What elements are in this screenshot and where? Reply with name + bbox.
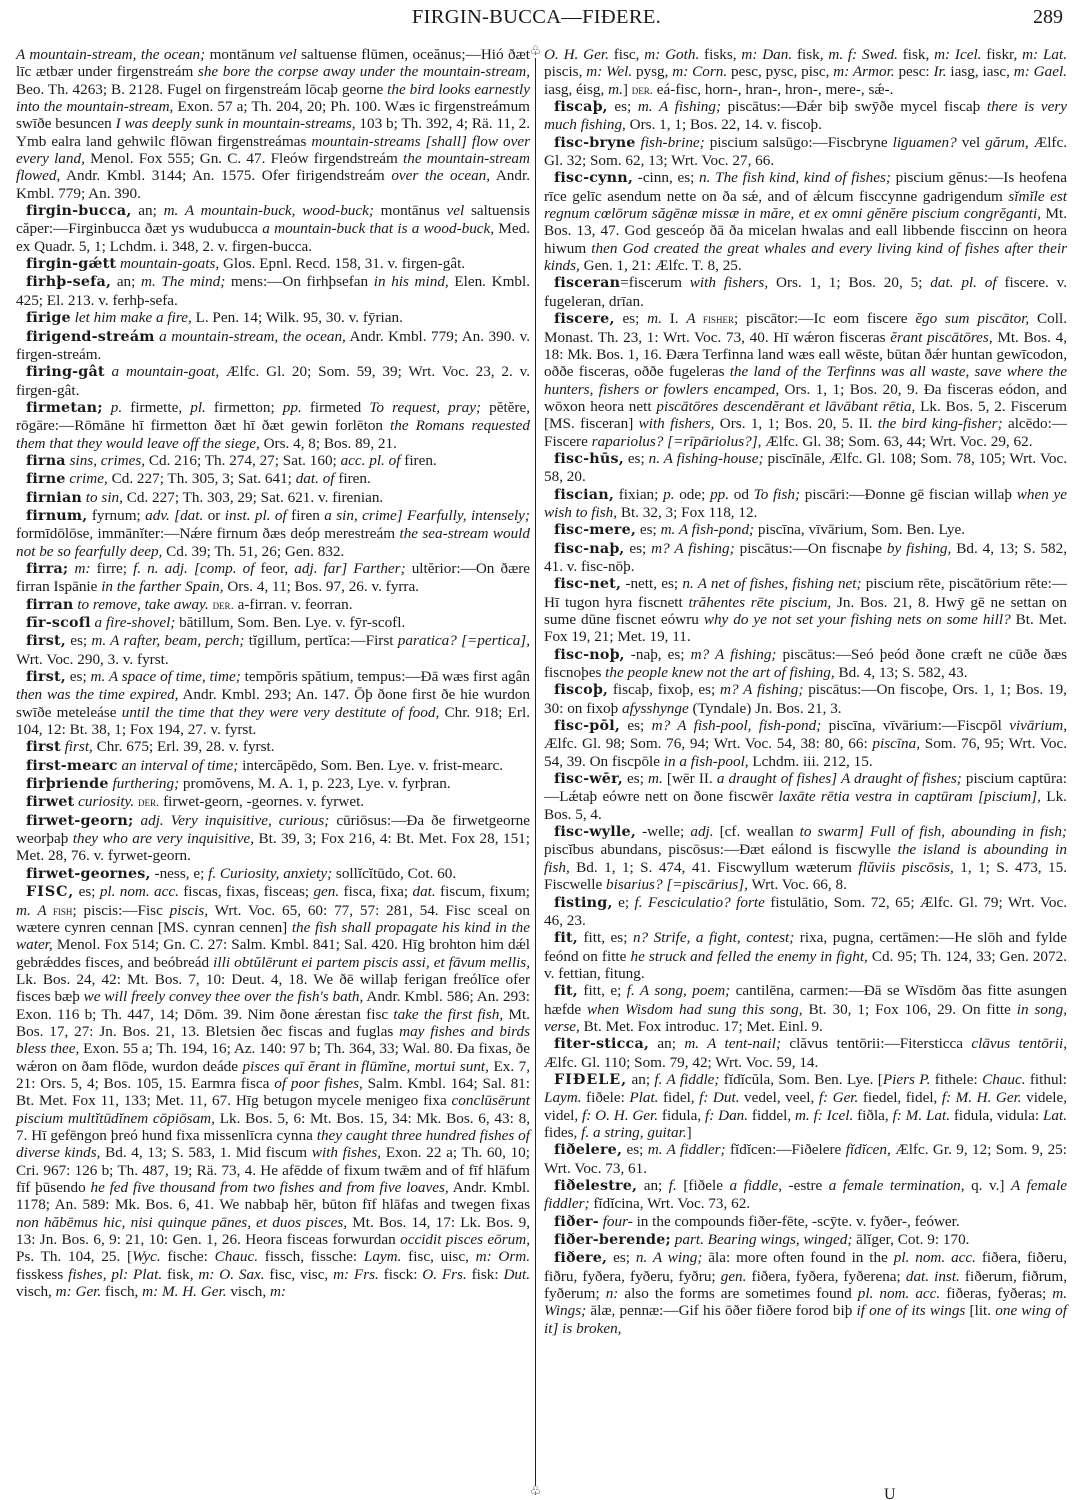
dictionary-entry: firwet curiosity. der. firwet-georn, -ge…	[16, 793, 530, 811]
entry-text: L. Pen. 14; Wilk. 95, 30. v. fȳrian.	[192, 309, 403, 326]
dictionary-entry: fiscoþ, fiscaþ, fixoþ, es; m? A fishing;…	[544, 681, 1067, 717]
entry-text: Cd. 227; Th. 303, 29; Sat. 621. v. firen…	[123, 489, 383, 506]
italic-gloss: f. A song, poem;	[627, 982, 731, 999]
italic-gloss: pl. nom. acc.	[858, 1285, 940, 1302]
italic-gloss: m: O. Sax.	[198, 1266, 264, 1283]
entry-text: -welle;	[636, 823, 690, 840]
dictionary-entry: firing-gât a mountain-goat, Ælfc. Gl. 20…	[16, 363, 530, 399]
italic-gloss: m. A	[16, 902, 47, 919]
entry-text: tempŏris spătium, tempus:—Ðā wæs first a…	[241, 668, 530, 685]
entry-text: fĭdĭcen:—Fiðelere	[726, 1141, 846, 1158]
entry-text: a-firran. v. feorran.	[234, 596, 353, 613]
entry-text: fiscaþ, fixoþ, es;	[608, 681, 720, 698]
italic-gloss: to swarm] Full of fish, abounding in fis…	[800, 823, 1067, 840]
dictionary-entry: fīrige let him make a fire, L. Pen. 14; …	[16, 309, 530, 327]
entry-text: [wēr II.	[663, 770, 717, 787]
italic-gloss: a female termination,	[829, 1177, 965, 1194]
italic-gloss: acc. pl. of	[341, 452, 401, 469]
italic-gloss: m. f: Swed.	[828, 46, 898, 63]
italic-gloss: n:	[606, 1285, 619, 1302]
italic-gloss: inst. pl. of	[225, 507, 287, 524]
headword: firwet-geornes,	[26, 866, 151, 882]
dictionary-entry: first, es; m. A rafter, beam, perch; tĭg…	[16, 632, 530, 668]
entry-text: fidula, vidula:	[950, 1107, 1043, 1124]
italic-gloss: Piers P.	[883, 1071, 931, 1088]
entry-text: fixian;	[614, 486, 663, 503]
entry-text: fiscum, fixum;	[436, 883, 530, 900]
entry-text: fisk,	[162, 1266, 198, 1283]
italic-gloss: liguamen?	[893, 134, 957, 151]
italic-gloss: ĕgo sum piscātor,	[915, 310, 1029, 327]
dictionary-entry: FISC, es; pl. nom. acc. fiscas, fixas, f…	[16, 883, 530, 1300]
entry-text: pysg,	[632, 63, 672, 80]
entry-text: fiðla,	[853, 1107, 892, 1124]
headword: first,	[26, 633, 66, 649]
entry-text: ; piscātor:—Ic eom fiscere	[734, 310, 915, 327]
headword: fiðer-	[554, 1214, 599, 1230]
italic-gloss: f: Ger.	[819, 1089, 859, 1106]
entry-text: es;	[624, 450, 649, 467]
entry-text: also the forms are sometimes found	[618, 1285, 857, 1302]
entry-text: Bd. 1, 1; S. 474, 41. Fiscwyllum wæterum	[570, 859, 859, 876]
italic-gloss: to sin,	[86, 489, 123, 506]
italic-gloss: n. A net of fishes, fishing net;	[682, 575, 861, 592]
headword: fisc-wylle,	[554, 824, 636, 840]
entry-continuation: O. H. Ger. fisc, m: Goth. fisks, m: Dan.…	[544, 46, 1067, 98]
entry-text: formīdōlōse, immānĭter:—Nǽre firnum ðæs …	[16, 525, 399, 542]
dictionary-entry: fiter-sticca, an; m. A tent-nail; clăvus…	[544, 1035, 1067, 1071]
italic-gloss: then was the time expired,	[16, 686, 178, 703]
entry-text: Cd. 227; Th. 305, 3; Sat. 641;	[108, 470, 296, 487]
italic-gloss: m? A fishing;	[720, 681, 803, 698]
italic-gloss: he fed five thousand from two fishes and…	[90, 1179, 448, 1196]
headword: first	[26, 739, 61, 755]
headword: fisc-noþ,	[554, 647, 625, 663]
italic-gloss: curiosity.	[78, 793, 134, 810]
italic-gloss: A mountain-stream, the ocean;	[16, 46, 205, 63]
italic-gloss: f. Curiosity, anxiety;	[208, 865, 332, 882]
entry-text: vel	[957, 134, 986, 151]
italic-gloss: n. A wing;	[636, 1249, 703, 1266]
italic-gloss: with fishers,	[690, 274, 768, 291]
entry-text: q. v.]	[965, 1177, 1011, 1194]
entry-text: fissch, fissche:	[258, 1248, 364, 1265]
italic-gloss: with fishers,	[639, 415, 715, 432]
headword: firgin-gǽtt	[26, 256, 116, 272]
entry-text: Cd. 39; Th. 51, 26; Gen. 832.	[162, 543, 344, 560]
entry-text	[105, 363, 112, 380]
italic-gloss: f.	[669, 1177, 677, 1194]
italic-gloss: m. A space of time, time;	[91, 668, 241, 685]
italic-gloss: in the farther Spain,	[101, 578, 223, 595]
italic-gloss: if one of its wings	[857, 1302, 966, 1319]
entry-text: Wrt. Voc. 290, 3. v. fyrst.	[16, 651, 169, 668]
small-caps-label: fisher	[696, 311, 734, 326]
dictionary-entry: fiðelestre, an; f. [fiðele a fiddle, -es…	[544, 1177, 1067, 1213]
entry-text: firen.	[400, 452, 436, 469]
entry-text: fisk:	[467, 1266, 504, 1283]
headword: fiðelere,	[554, 1142, 622, 1158]
entry-text: Bt. Met. Fox introduc. 17; Met. Einl. 9.	[580, 1018, 823, 1035]
italic-gloss: m: Wel.	[586, 63, 632, 80]
dictionary-entry: fiðere, es; n. A wing; āla: more often f…	[544, 1249, 1067, 1337]
entry-text: Menol. Fox 555; Gn. C. 47. Fleów firgend…	[85, 150, 403, 167]
entry-text: visch,	[227, 1283, 270, 1300]
dictionary-entry: firhþ-sefa, an; m. The mind; mens:—On fi…	[16, 273, 530, 309]
italic-gloss: a mountain-goat,	[112, 363, 220, 380]
italic-gloss: m:	[270, 1283, 286, 1300]
entry-text: firmeted	[302, 399, 370, 416]
entry-text: Ælfc. Gl. 110; Som. 79, 42; Wrt. Voc. 59…	[544, 1054, 818, 1071]
entry-text: Ælfc. Gl. 98; Som. 76, 94; Wrt. Voc. 54,…	[544, 735, 872, 752]
italic-gloss: n. A fishing-house;	[649, 450, 764, 467]
italic-gloss: piscis,	[170, 902, 208, 919]
dictionary-entry: firmetan; p. firmette, pl. firmetton; pp…	[16, 399, 530, 452]
entry-text: Beo. Th. 4263; B. 2128. Fugel on firgens…	[16, 81, 387, 98]
italic-gloss: laxāte rētia vestra in captūram [piscium…	[778, 788, 1041, 805]
dictionary-entry: firnum, fyrnum; adv. [dat. or inst. pl. …	[16, 507, 530, 560]
headword: fisc-naþ,	[554, 541, 624, 557]
italic-gloss: m: Armor.	[833, 63, 894, 80]
italic-gloss: flŭviis piscōsis,	[858, 859, 953, 876]
headword: firne	[26, 471, 66, 487]
italic-gloss: gărum,	[985, 134, 1028, 151]
headword: fisc-bryne	[554, 135, 636, 151]
italic-gloss: m? A fishing;	[651, 540, 735, 557]
italic-gloss: m. A fish-pond;	[661, 521, 755, 538]
headword: firmetan;	[26, 400, 103, 416]
entry-text: tĭgillum, pertĭca:—First	[244, 632, 397, 649]
italic-gloss: ĕrant piscātōres,	[890, 329, 992, 346]
italic-gloss: of poor fishes,	[274, 1075, 363, 1092]
dictionary-entry: fīr-scofl a fire-shovel; bătillum, Som. …	[16, 614, 530, 632]
entry-text: fiðera, fyðera, fyðerena;	[746, 1268, 905, 1285]
italic-gloss: a draught of fishes] A draught of fishes…	[717, 770, 962, 787]
entry-text: an;	[132, 202, 164, 219]
italic-gloss: furthering;	[112, 775, 179, 792]
headword: firþriende	[26, 776, 109, 792]
entry-text: (Tyndale) Jn. Bos. 21, 3.	[689, 700, 842, 717]
entry-text: -estre	[782, 1177, 829, 1194]
entry-text: fiddel,	[748, 1107, 795, 1124]
italic-gloss: m. The mind;	[141, 273, 225, 290]
signature-mark: U	[884, 1486, 896, 1500]
italic-gloss: f: Dan.	[705, 1107, 748, 1124]
italic-gloss: to remove, take away.	[77, 596, 208, 613]
italic-gloss: clāvus tentōrii,	[971, 1035, 1067, 1052]
italic-gloss: vivārium,	[1009, 717, 1067, 734]
italic-gloss: occidit pisces eōrum,	[400, 1231, 530, 1248]
italic-gloss: fĭdĭcen,	[846, 1141, 891, 1158]
italic-gloss: when Wisdom had sung this song,	[587, 1001, 803, 1018]
italic-gloss: until the time that they were very desti…	[122, 704, 440, 721]
entry-text: es;	[66, 632, 91, 649]
entry-text: [lit.	[965, 1302, 995, 1319]
entry-text: bătillum, Som. Ben. Lye. v. fȳr-scofl.	[175, 614, 405, 631]
entry-text: Lchdm. iii. 212, 15.	[749, 753, 873, 770]
italic-gloss: m.	[608, 81, 623, 98]
entry-text: es;	[608, 98, 638, 115]
entry-text: fisks,	[699, 46, 741, 63]
italic-gloss: dat. of	[296, 470, 335, 487]
dictionary-entry: firra; m: firre; f. n. adj. [comp. of fe…	[16, 560, 530, 596]
entry-text: an;	[627, 1071, 654, 1088]
italic-gloss: adj.	[690, 823, 713, 840]
italic-gloss: adj. far] Farther;	[294, 560, 405, 577]
italic-gloss: m. A fishing;	[638, 98, 721, 115]
headword: fiðer-berende;	[554, 1232, 671, 1248]
page-number: 289	[1033, 6, 1063, 29]
dictionary-entry: firne crime, Cd. 227; Th. 305, 3; Sat. 6…	[16, 470, 530, 488]
entry-text: =fiscerum	[620, 274, 690, 291]
italic-gloss: n. The fish kind, kind of fishes;	[699, 169, 891, 186]
italic-gloss: m. A mountain-buck, wood-buck;	[164, 202, 374, 219]
entry-text: visch,	[16, 1283, 56, 1300]
headword: firwet-georn;	[26, 813, 134, 829]
left-column: A mountain-stream, the ocean; montānum v…	[16, 46, 530, 1300]
headword: fiter-sticca,	[554, 1036, 649, 1052]
entry-continuation: A mountain-stream, the ocean; montānum v…	[16, 46, 530, 202]
dictionary-entry: fisting, e; f. Fesciculatio? forte fistu…	[544, 894, 1067, 930]
italic-gloss: pl.	[190, 399, 206, 416]
italic-gloss: adv. [dat.	[145, 507, 203, 524]
entry-text: Ors. 4, 8; Bos. 89, 21.	[260, 435, 397, 452]
small-caps-label: der.	[632, 82, 653, 97]
italic-gloss: m: Dan.	[741, 46, 792, 63]
italic-gloss: rapariolus? [=rīpāriolus?],	[592, 433, 762, 450]
entry-text: clăvus tentōrii:—Fitersticca	[781, 1035, 971, 1052]
entry-text: es;	[615, 310, 648, 327]
entry-text: or	[203, 507, 224, 524]
entry-text: fische:	[161, 1248, 215, 1265]
small-caps-label: der.	[213, 597, 234, 612]
italic-gloss: m: Ger.	[56, 1283, 102, 1300]
italic-gloss: gen.	[721, 1268, 747, 1285]
headword: firing-gât	[26, 364, 105, 380]
italic-gloss: paratica? [=pertica],	[398, 632, 530, 649]
italic-gloss: m.	[647, 310, 662, 327]
italic-gloss: Laym.	[364, 1248, 402, 1265]
italic-gloss: why do ye not set your fishing nets on s…	[704, 611, 1011, 628]
italic-gloss: over the ocean,	[391, 167, 490, 184]
dictionary-entry: first, es; m. A space of time, time; tem…	[16, 668, 530, 738]
entry-text: I.	[662, 310, 686, 327]
entry-text: promŏvens, M. A. 1, p. 223, Lye. v. fyrþ…	[179, 775, 451, 792]
italic-gloss: illi obtŭlērunt ei partem piscis assi, e…	[213, 954, 530, 971]
headword: firwet	[26, 794, 74, 810]
entry-text: fisch,	[101, 1283, 142, 1300]
entry-text: Cd. 216; Th. 274, 27; Sat. 160;	[145, 452, 340, 469]
italic-gloss: fish-brine;	[641, 134, 705, 151]
entry-text: Bd. 4, 13; S. 582, 43.	[835, 664, 968, 681]
italic-gloss: m. A tent-nail;	[684, 1035, 781, 1052]
entry-text: Andr. Kmbl. 3144; An. 1575. Ofer firigen…	[60, 167, 391, 184]
entry-text: es;	[620, 717, 652, 734]
italic-gloss: pisces quī ĕrant in flūmĭne, mortui sunt…	[243, 1058, 489, 1075]
italic-gloss: vel	[446, 202, 464, 219]
italic-gloss: m. A fiddler;	[648, 1141, 726, 1158]
italic-gloss: m: Orm.	[476, 1248, 530, 1265]
italic-gloss: m: M. H. Ger.	[142, 1283, 226, 1300]
italic-gloss: Dut.	[503, 1266, 530, 1283]
entry-text: montānum	[205, 46, 279, 63]
dictionary-entry: firigend-streám a mountain-stream, the o…	[16, 328, 530, 364]
entry-text: fithele:	[930, 1071, 982, 1088]
entry-text: ālæ, pennæ:—Gif his ōðer fiðere forod bi…	[586, 1302, 856, 1319]
entry-text: fisca, fixa;	[339, 883, 412, 900]
entry-text: an;	[111, 273, 141, 290]
italic-gloss: Wyc.	[132, 1248, 161, 1265]
italic-gloss: m? A fishing;	[691, 646, 777, 663]
entry-text: e;	[613, 894, 635, 911]
headword: firhþ-sefa,	[26, 274, 111, 290]
italic-gloss: a fiddle,	[730, 1177, 783, 1194]
italic-gloss: a mountain-stream, the ocean,	[159, 328, 346, 345]
italic-gloss: m:	[74, 560, 90, 577]
dictionary-entry: firwet-georn; adj. Very inquisitive, cur…	[16, 812, 530, 865]
entry-text: [cf. weallan	[714, 823, 800, 840]
headword: fisc-pōl,	[554, 718, 620, 734]
italic-gloss: Lat.	[1043, 1107, 1067, 1124]
entry-text: piscīna, vīvārium, Som. Ben. Lye.	[754, 521, 965, 538]
italic-gloss: I was deeply sunk in mountain-streams,	[116, 115, 356, 132]
entry-text: firre;	[91, 560, 134, 577]
dictionary-entry: fisc-cynn, -cinn, es; n. The fish kind, …	[544, 169, 1067, 274]
entry-text: Ps. Th. 104, 25. [	[16, 1248, 132, 1265]
entry-text: piscātus:—Ðǽr biþ swȳðe mycel fiscaþ	[721, 98, 987, 115]
italic-gloss: the people knew not the art of fishing,	[605, 664, 834, 681]
italic-gloss: To request, pray;	[369, 399, 481, 416]
headword: fiðelestre,	[554, 1178, 637, 1194]
entry-text: es;	[607, 1249, 636, 1266]
italic-gloss: by fishing,	[887, 540, 951, 557]
italic-gloss: f. n. adj. [comp. of	[133, 560, 254, 577]
dictionary-entry: fiðelere, es; m. A fiddler; fĭdĭcen:—Fið…	[544, 1141, 1067, 1177]
italic-gloss: pp.	[283, 399, 302, 416]
italic-gloss: vel	[279, 46, 297, 63]
entry-text: in the compounds fiðer-fēte, -scȳte. v. …	[633, 1213, 960, 1230]
italic-gloss: m? A fish-pool, fish-pond;	[652, 717, 822, 734]
italic-gloss: f: M. Lat.	[893, 1107, 950, 1124]
italic-gloss: f. A fiddle;	[654, 1071, 719, 1088]
dictionary-entry: fisc-naþ, es; m? A fishing; piscātus:—On…	[544, 540, 1067, 576]
headword: fisceran	[554, 275, 620, 291]
italic-gloss: we will freely convey thee over the fish…	[84, 988, 364, 1005]
headword: fisc-net,	[554, 576, 621, 592]
italic-gloss: gen.	[313, 883, 339, 900]
entry-text: es;	[66, 668, 91, 685]
entry-text: fidula,	[658, 1107, 705, 1124]
entry-text: -cinn, es;	[633, 169, 699, 186]
italic-gloss: Chauc.	[982, 1071, 1025, 1088]
italic-gloss: part. Bearing wings, winged;	[675, 1231, 853, 1248]
entry-text: fiðele:	[582, 1089, 630, 1106]
entry-text: fiscas, fixas, fisceas;	[179, 883, 314, 900]
entry-text: firen	[287, 507, 324, 524]
entry-text: fisc, uisc,	[401, 1248, 475, 1265]
entry-text: Glos. Epnl. Recd. 158, 31. v. firgen-gât…	[219, 255, 465, 272]
entry-text: ]	[687, 1124, 692, 1141]
dictionary-entry: firran to remove, take away. der. a-firr…	[16, 596, 530, 614]
entry-text: piscĭbus abundans, piscōsus:—Ðæt eálond …	[544, 841, 898, 858]
entry-text: fiðeras, fyðeras;	[940, 1285, 1052, 1302]
entry-text: fiskr,	[981, 46, 1022, 63]
entry-text: fitt, e;	[578, 982, 627, 999]
headword: fisc-wēr,	[554, 771, 623, 787]
italic-gloss: the bird king-fisher;	[878, 415, 1003, 432]
italic-gloss: f: M. H. Ger.	[942, 1089, 1022, 1106]
entry-text: eá-fisc, horn-, hran-, hron-, mere-, sǽ-…	[653, 81, 893, 98]
italic-gloss: non hăbēmus hic, nisi quinque pānes, et …	[16, 1214, 347, 1231]
dictionary-entry: fisc-net, -nett, es; n. A net of fishes,…	[544, 575, 1067, 645]
dictionary-entry: fiðer- four- in the compounds fiðer-fēte…	[544, 1213, 1067, 1231]
italic-gloss: take the first fish,	[393, 1006, 503, 1023]
entry-text: firwet-georn, -geornes. v. fyrwet.	[159, 793, 364, 810]
dictionary-entry: first first, Chr. 675; Erl. 39, 28. v. f…	[16, 738, 530, 756]
headword: fisc-cynn,	[554, 170, 633, 186]
italic-gloss: p.	[111, 399, 122, 416]
entry-text: ]	[623, 81, 632, 98]
headword: fit,	[554, 983, 578, 999]
dictionary-entry: fiðer-berende; part. Bearing wings, wing…	[544, 1231, 1067, 1249]
entry-text: an;	[637, 1177, 669, 1194]
running-title: FIRGIN-BUCCA—FIÐERE.	[0, 6, 1073, 29]
entry-text: montānus	[374, 202, 447, 219]
headword: firnian	[26, 490, 82, 506]
entry-text: fitt, es;	[578, 929, 633, 946]
small-caps-label: fish	[47, 903, 73, 918]
headword: fit,	[554, 930, 578, 946]
dictionary-entry: firgin-bucca, an; m. A mountain-buck, wo…	[16, 202, 530, 255]
column-divider	[535, 58, 536, 1486]
column-ornament-top-icon: ♧	[529, 44, 542, 57]
dictionary-entry: firgin-gǽtt mountain-goats, Glos. Epnl. …	[16, 255, 530, 273]
italic-gloss: p.	[663, 486, 674, 503]
italic-gloss: f: Dut.	[699, 1089, 739, 1106]
entry-text: an;	[649, 1035, 684, 1052]
italic-gloss: m: Goth.	[644, 46, 699, 63]
entry-text: es;	[622, 1141, 648, 1158]
italic-gloss: they who are very inquisitive,	[73, 830, 254, 847]
dictionary-entry: fiscian, fixian; p. ode; pp. od To fish;…	[544, 486, 1067, 522]
headword: first,	[26, 669, 66, 685]
italic-gloss: a sin, crime] Fearfully, intensely;	[324, 507, 530, 524]
italic-gloss: four-	[603, 1213, 633, 1230]
italic-gloss: afysshynge	[622, 700, 689, 717]
entry-text: fyrnum;	[87, 507, 145, 524]
italic-gloss: first,	[65, 738, 93, 755]
entry-text: iasg, éisg,	[544, 81, 608, 98]
entry-text: Chr. 675; Erl. 39, 28. v. fyrst.	[93, 738, 275, 755]
entry-text: piscis,	[544, 63, 586, 80]
entry-text: fidel,	[658, 1089, 699, 1106]
entry-text	[103, 399, 111, 416]
entry-text: fisk,	[792, 46, 828, 63]
italic-gloss: A	[686, 310, 695, 327]
entry-text: piscium salsūgo:—Fiscbryne	[705, 134, 893, 151]
entry-text: Bt. 32, 3; Fox 118, 12.	[617, 504, 757, 521]
entry-text: -nett, es;	[621, 575, 682, 592]
entry-text: ode;	[674, 486, 710, 503]
entry-text: fisck:	[379, 1266, 422, 1283]
dictionary-entry: firwet-geornes, -ness, e; f. Curiosity, …	[16, 865, 530, 883]
dictionary-entry: firþriende furthering; promŏvens, M. A. …	[16, 775, 530, 793]
headword: fiscian,	[554, 487, 614, 503]
italic-gloss: O. H. Ger.	[544, 46, 609, 63]
italic-gloss: adj. Very inquisitive, curious;	[141, 812, 330, 829]
italic-gloss: n? Strife, a fight, contest;	[633, 929, 794, 946]
dictionary-entry: fisc-wylle, -welle; adj. [cf. weallan to…	[544, 823, 1067, 893]
